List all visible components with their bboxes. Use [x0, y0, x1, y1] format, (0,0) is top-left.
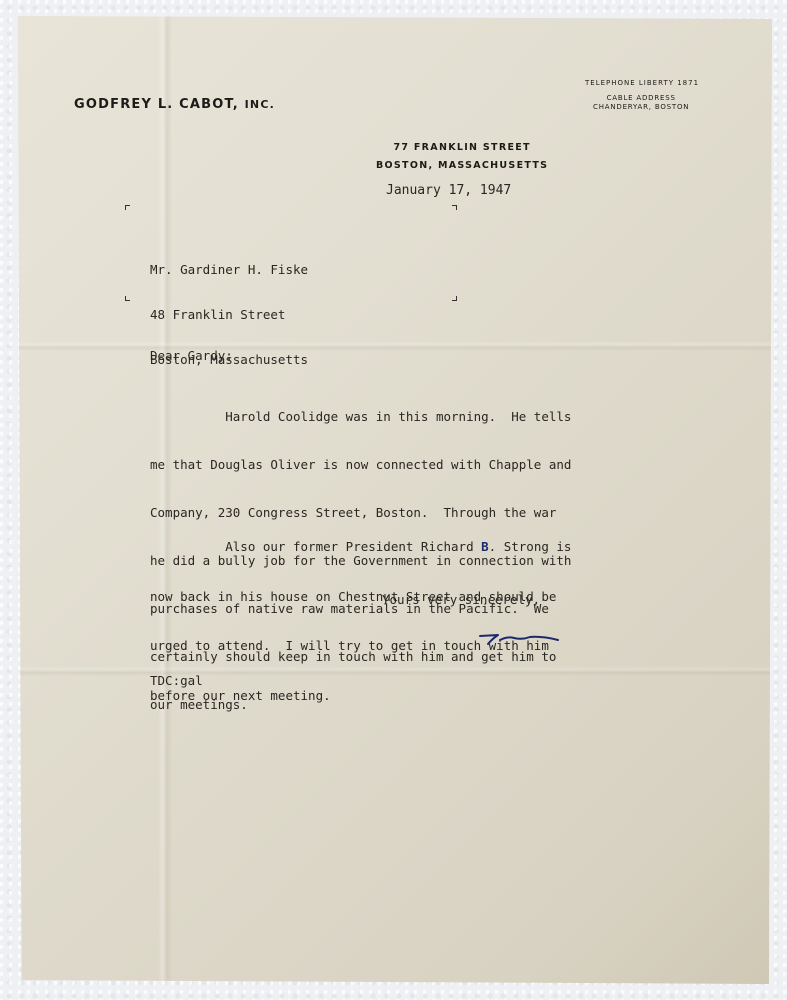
window-corner-mark	[125, 296, 130, 301]
closing: Yours very sincerely,	[382, 592, 540, 607]
window-corner-mark	[452, 205, 457, 210]
handwritten-correction: B	[481, 539, 489, 554]
window-corner-mark	[125, 205, 130, 210]
salutation: Dear Gardy:	[150, 348, 233, 363]
reference-initials: TDC:gal	[150, 673, 203, 688]
letterhead-address: 77 FRANKLIN STREET BOSTON, MASSACHUSETTS	[376, 139, 548, 175]
signature-icon	[478, 627, 568, 649]
body-paragraph-2: Also our former President Richard B. Str…	[150, 506, 571, 721]
window-corner-mark	[452, 296, 457, 301]
letterhead-cable: CABLE ADDRESS CHANDERYAR, BOSTON	[593, 94, 689, 112]
paper-fold	[14, 341, 772, 351]
letter-date: January 17, 1947	[386, 183, 511, 198]
letterhead-telephone: TELEPHONE LIBERTY 1871	[585, 79, 699, 87]
letterhead-company: GODFREY L. CABOT, INC.	[74, 97, 275, 112]
